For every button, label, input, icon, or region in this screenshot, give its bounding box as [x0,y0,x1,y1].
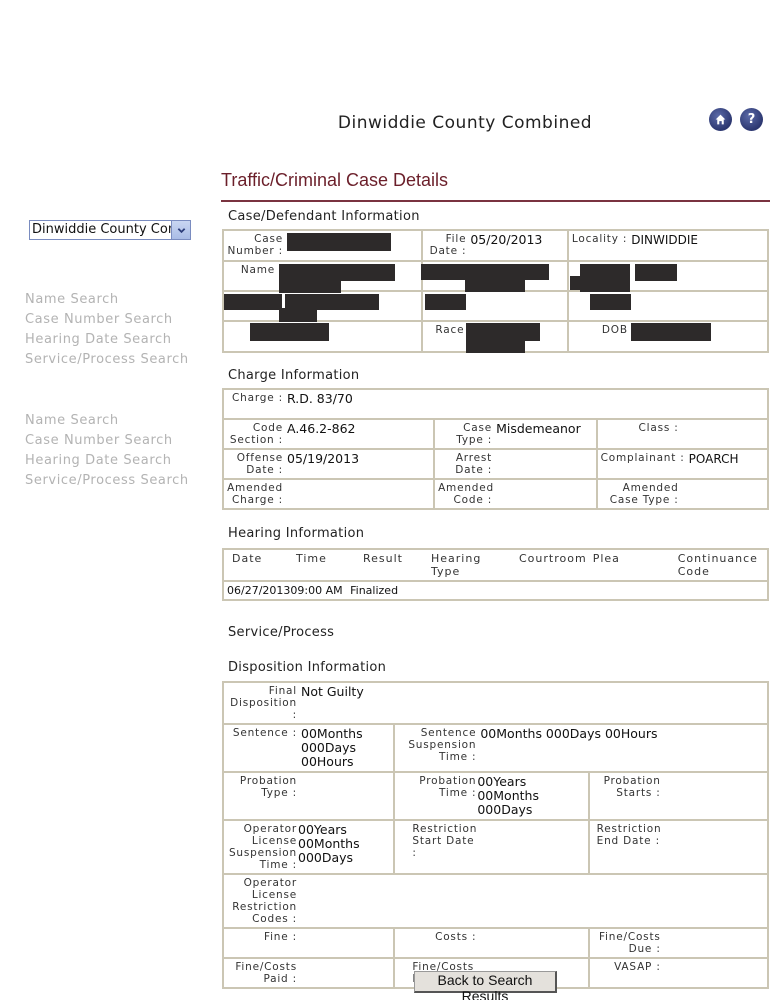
hearing-result: Finalized [350,584,398,597]
race-cell: Race [422,321,568,352]
redaction-block [590,294,631,310]
section-title-case-defendant: Case/Defendant Information [228,209,420,224]
offense-date-value: 05/19/2013 [287,452,359,466]
redaction-block [465,278,525,292]
class-cell: Class : [597,419,768,449]
locality-cell: Locality :DINWIDDIE [568,230,768,261]
back-to-search-results-button[interactable]: Back to Search Results [414,971,557,993]
race-label: Race [426,324,464,336]
code-section-cell: Code Section :A.46.2-862 [223,419,434,449]
nav-case-number-search[interactable]: Case Number Search [25,431,189,451]
locality-select-value: Dinwiddie County Combined [30,221,171,239]
redaction-block [250,323,329,341]
col-result: Result [360,549,428,581]
chevron-down-icon[interactable] [171,221,190,239]
sentence-hours: 00Hours [301,754,354,769]
restriction-end-label: Restriction End Date : [597,823,667,847]
arrest-date-cell: Arrest Date : [434,449,597,479]
ol-restriction-codes-label: Operator License Restriction Codes : [227,877,297,925]
file-date-label: File Date : [426,233,466,257]
home-icon[interactable] [709,108,732,131]
sentence-months: 00Months [301,726,363,741]
ol-years: 00Years [298,822,347,837]
section-title-charge: Charge Information [228,368,359,383]
name-cell-3 [568,261,768,291]
charge-value: R.D. 83/70 [287,392,353,406]
case-type-label: Case Type : [438,422,492,446]
name-cell-6 [568,291,768,321]
section-title-disposition: Disposition Information [228,660,386,675]
nav-name-search[interactable]: Name Search [25,290,189,310]
nav-service-process-search[interactable]: Service/Process Search [25,350,189,370]
restriction-start-label: Restriction Start Date : [412,823,482,859]
sentence-suspension-value: 00Months 000Days 00Hours [480,727,657,741]
arrest-date-label: Arrest Date : [438,452,492,476]
table-row: 06/27/201309:00 AM Finalized [223,581,768,600]
sentence-label: Sentence : [227,727,297,739]
restriction-start-cell: Restriction Start Date : [394,820,588,874]
file-date-value: 05/20/2013 [470,233,542,247]
col-hearing-type: Hearing Type [428,549,516,581]
redaction-block [279,308,317,322]
sentence-suspension-label: Sentence Suspension Time : [398,727,476,763]
name-cell-2 [422,261,568,291]
ol-suspension-label: Operator License Suspension Time : [227,823,297,871]
vasap-cell: VASAP : [589,958,768,988]
disposition-table: Final Disposition :Not Guilty Sentence :… [222,681,769,989]
costs-cell: Costs : [394,928,588,958]
amended-case-type-cell: Amended Case Type : [597,479,768,509]
probation-months: 00Months [477,788,539,803]
nav-case-number-search[interactable]: Case Number Search [25,310,189,330]
col-continuance-code: Continuance Code [675,549,768,581]
top-icons: ? [709,108,763,131]
restriction-end-cell: Restriction End Date : [589,820,768,874]
dob-cell: DOB [568,321,768,352]
complainant-value: POARCH [689,452,739,466]
amended-code-label: Amended Code : [438,482,492,506]
final-disposition-cell: Final Disposition :Not Guilty [223,682,768,724]
fine-costs-paid-label: Fine/Costs Paid : [227,961,297,985]
locality-label: Locality : [572,233,627,245]
charge-cell: Charge :R.D. 83/70 [223,389,768,419]
probation-years: 00Years [477,774,526,789]
name-label: Name [227,264,275,276]
offense-date-cell: Offense Date :05/19/2013 [223,449,434,479]
complainant-cell: Complainant :POARCH [597,449,768,479]
hearing-date: 06/27/2013 [227,584,290,597]
nav-name-search[interactable]: Name Search [25,411,189,431]
vasap-label: VASAP : [593,961,661,973]
ol-suspension-value: 00Years00Months000Days [298,823,360,865]
sentence-days: 000Days [301,740,356,755]
name-cell-5 [422,291,568,321]
sentence-suspension-cell: Sentence Suspension Time :00Months 000Da… [394,724,768,772]
redaction-block [224,294,282,310]
dob-label: DOB [572,324,628,336]
name-cell-4 [223,291,422,321]
probation-time-cell: Probation Time :00Years00Months000Days [394,772,588,820]
amended-case-type-label: Amended Case Type : [601,482,679,506]
section-title-service-process: Service/Process [228,625,334,640]
amended-charge-cell: Amended Charge : [223,479,434,509]
nav-group-2: Name Search Case Number Search Hearing D… [25,411,189,491]
redaction-block [635,264,677,281]
nav-hearing-date-search[interactable]: Hearing Date Search [25,451,189,471]
sentence-cell: Sentence :00Months000Days00Hours [223,724,394,772]
name-cell-7 [223,321,422,352]
probation-type-label: Probation Type : [227,775,297,799]
probation-starts-label: Probation Starts : [593,775,661,799]
probation-type-cell: Probation Type : [223,772,394,820]
redaction-block [466,339,525,353]
fine-costs-due-cell: Fine/Costs Due : [589,928,768,958]
ol-suspension-cell: Operator License Suspension Time :00Year… [223,820,394,874]
redaction-block [570,276,630,290]
amended-charge-label: Amended Charge : [227,482,283,506]
class-label: Class : [601,422,679,434]
complainant-label: Complainant : [601,452,685,464]
fine-label: Fine : [227,931,297,943]
section-title-hearing: Hearing Information [228,526,364,541]
probation-days: 000Days [477,802,532,817]
final-disposition-value: Not Guilty [301,685,364,699]
probation-time-value: 00Years00Months000Days [477,775,539,817]
charge-table: Charge :R.D. 83/70 Code Section :A.46.2-… [222,388,769,510]
fine-cell: Fine : [223,928,394,958]
file-date-cell: File Date :05/20/2013 [422,230,568,261]
nav-service-process-search[interactable]: Service/Process Search [25,471,189,491]
case-number-label: Case Number : [227,233,283,257]
sentence-value: 00Months000Days00Hours [301,727,363,769]
charge-label: Charge : [227,392,283,404]
fine-costs-paid-cell: Fine/Costs Paid : [223,958,394,988]
case-defendant-table: Case Number : File Date :05/20/2013 Loca… [222,229,769,353]
name-cell: Name [223,261,422,291]
offense-date-label: Offense Date : [227,452,283,476]
final-disposition-label: Final Disposition : [227,685,297,721]
title-divider [221,200,770,202]
fine-costs-due-label: Fine/Costs Due : [593,931,661,955]
col-time: Time [293,549,360,581]
hearing-time: 09:00 AM [290,584,342,597]
page-title: Traffic/Criminal Case Details [221,170,448,191]
help-icon[interactable]: ? [740,108,763,131]
app-title: Dinwiddie County Combined [300,113,630,133]
col-plea: Plea [590,549,675,581]
nav-group-1: Name Search Case Number Search Hearing D… [25,290,189,370]
costs-label: Costs : [398,931,476,943]
probation-starts-cell: Probation Starts : [589,772,768,820]
probation-time-label: Probation Time : [398,775,476,799]
col-date: Date [223,549,293,581]
case-type-cell: Case Type :Misdemeanor [434,419,597,449]
hearing-table: Date Time Result Hearing Type Courtroom … [222,548,769,601]
locality-value: DINWIDDIE [631,233,698,247]
locality-select[interactable]: Dinwiddie County Combined [29,220,191,240]
nav-hearing-date-search[interactable]: Hearing Date Search [25,330,189,350]
dob-redacted [631,323,711,341]
redaction-block [425,294,466,310]
ol-restriction-codes-cell: Operator License Restriction Codes : [223,874,768,928]
col-courtroom: Courtroom [516,549,590,581]
ol-months: 00Months [298,836,360,851]
case-number-redacted [287,233,391,251]
ol-days: 000Days [298,850,353,865]
case-number-cell: Case Number : [223,230,422,261]
code-section-label: Code Section : [227,422,283,446]
amended-code-cell: Amended Code : [434,479,597,509]
code-section-value: A.46.2-862 [287,422,356,436]
case-type-value: Misdemeanor [496,422,581,436]
